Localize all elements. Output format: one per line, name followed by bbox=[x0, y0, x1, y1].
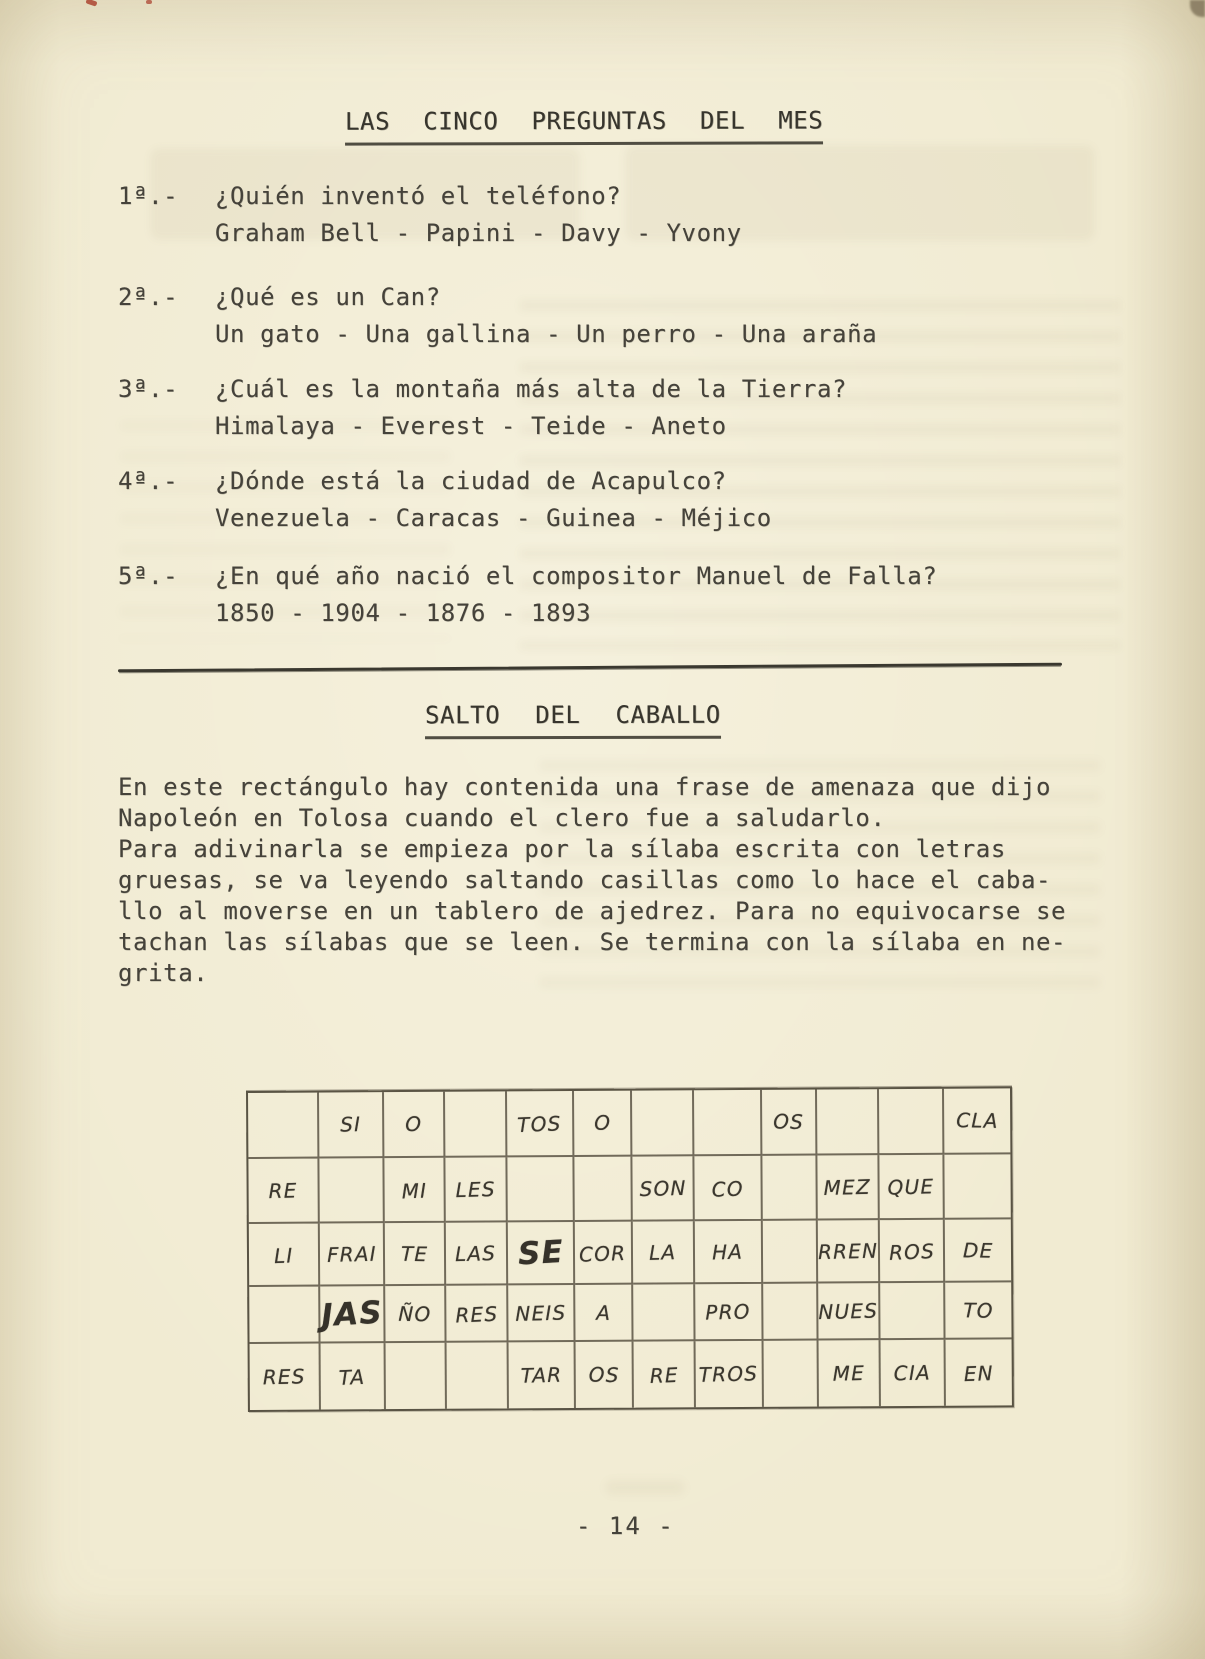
question-item-5: 5ª.- ¿En qué año nació el compositor Man… bbox=[118, 558, 937, 632]
grid-cell: ÑO bbox=[385, 1286, 446, 1343]
grid-cell: ME bbox=[819, 1340, 881, 1406]
red-ink-speck bbox=[85, 0, 97, 7]
grid-cell: TA bbox=[321, 1343, 386, 1409]
grid-cell: O bbox=[384, 1092, 445, 1158]
grid-cell: TROS bbox=[696, 1341, 764, 1407]
grid-cell: RE bbox=[634, 1341, 696, 1407]
question-text: ¿Cuál es la montaña más alta de la Tierr… bbox=[215, 371, 847, 408]
grid-cell bbox=[447, 1342, 509, 1408]
grid-cell bbox=[763, 1221, 818, 1284]
instruction-line: gruesas, se va leyendo saltando casillas… bbox=[118, 865, 1066, 896]
grid-cell bbox=[386, 1343, 447, 1409]
grid-cell bbox=[944, 1154, 1010, 1219]
grid-cell: LES bbox=[445, 1157, 507, 1222]
page-number: - 14 - bbox=[576, 1512, 675, 1540]
question-options: 1850 - 1904 - 1876 - 1893 bbox=[215, 595, 937, 632]
grid-cell: SI bbox=[319, 1092, 384, 1158]
instruction-line: Napoleón en Tolosa cuando el clero fue a… bbox=[118, 803, 1066, 834]
grid-cell: TOS bbox=[507, 1091, 574, 1157]
grid-cell: SE bbox=[508, 1222, 575, 1285]
instruction-line: tachan las sílabas que se leen. Se termi… bbox=[118, 927, 1066, 958]
question-number: 2ª.- bbox=[118, 279, 215, 353]
grid-cell: OS bbox=[762, 1090, 817, 1156]
grid-cell bbox=[445, 1091, 507, 1157]
grid-cell: PRO bbox=[695, 1284, 763, 1341]
grid-cell: ROS bbox=[880, 1220, 945, 1283]
bleed-through-artifact bbox=[605, 1480, 685, 1495]
question-item-4: 4ª.- ¿Dónde está la ciudad de Acapulco? … bbox=[118, 463, 772, 537]
question-options: Venezuela - Caracas - Guinea - Méjico bbox=[215, 500, 772, 537]
grid-cell: LI bbox=[249, 1224, 320, 1287]
question-options: Himalaya - Everest - Teide - Aneto bbox=[215, 408, 847, 445]
grid-cell bbox=[880, 1283, 945, 1340]
grid-cell bbox=[762, 1156, 817, 1221]
grid-cell: LA bbox=[633, 1221, 695, 1284]
grid-cell bbox=[694, 1090, 762, 1156]
question-options: Graham Bell - Papini - Davy - Yvony bbox=[215, 215, 742, 252]
question-options: Un gato - Una gallina - Un perro - Una a… bbox=[215, 316, 877, 353]
grid-cell bbox=[879, 1089, 944, 1155]
scanned-page: LAS CINCO PREGUNTAS DEL MES 1ª.- ¿Quién … bbox=[0, 0, 1205, 1659]
grid-cell: OS bbox=[576, 1342, 634, 1408]
grid-cell bbox=[319, 1158, 384, 1223]
puzzle-instructions: En este rectángulo hay contenida una fra… bbox=[118, 772, 1066, 989]
grid-cell: RE bbox=[248, 1159, 319, 1224]
section-divider-rule bbox=[118, 663, 1062, 673]
instruction-line: En este rectángulo hay contenida una fra… bbox=[118, 772, 1066, 803]
grid-cell bbox=[507, 1157, 574, 1222]
question-text: ¿Qué es un Can? bbox=[215, 279, 877, 316]
grid-cell: CO bbox=[694, 1156, 762, 1221]
instruction-line: Para adivinarla se empieza por la sílaba… bbox=[118, 834, 1066, 865]
grid-cell bbox=[763, 1284, 818, 1341]
grid-cell: O bbox=[574, 1091, 632, 1157]
grid-cell: DE bbox=[945, 1219, 1011, 1282]
grid-cell bbox=[817, 1089, 879, 1155]
question-item-1: 1ª.- ¿Quién inventó el teléfono? Graham … bbox=[118, 178, 742, 252]
grid-cell bbox=[632, 1090, 694, 1156]
grid-cell bbox=[764, 1341, 819, 1407]
grid-cell: NUES bbox=[818, 1283, 880, 1340]
grid-cell: MI bbox=[384, 1158, 445, 1223]
grid-cell bbox=[574, 1157, 632, 1222]
syllable-grid: SIOTOSOOSCLAREMILESSONCOMEZQUELIFRAITELA… bbox=[246, 1086, 1014, 1412]
grid-cell: RREN bbox=[818, 1220, 880, 1283]
grid-cell: CIA bbox=[881, 1340, 946, 1406]
grid-cell: A bbox=[575, 1285, 633, 1342]
instruction-line: grita. bbox=[118, 958, 1066, 989]
grid-cell: HA bbox=[695, 1221, 763, 1284]
puzzle-title: SALTO DEL CABALLO bbox=[425, 700, 721, 740]
grid-cell: NEIS bbox=[508, 1285, 575, 1342]
grid-cell bbox=[633, 1284, 695, 1341]
corner-stain bbox=[1190, 0, 1205, 17]
question-number: 5ª.- bbox=[118, 558, 215, 632]
question-number: 1ª.- bbox=[118, 178, 215, 252]
grid-cell: RES bbox=[446, 1285, 508, 1342]
grid-cell: TO bbox=[945, 1282, 1011, 1339]
syllable-grid-wrapper: SIOTOSOOSCLAREMILESSONCOMEZQUELIFRAITELA… bbox=[246, 1086, 1014, 1412]
grid-cell: CLA bbox=[944, 1088, 1010, 1154]
question-item-2: 2ª.- ¿Qué es un Can? Un gato - Una galli… bbox=[118, 279, 877, 353]
grid-cell: TE bbox=[385, 1223, 446, 1286]
grid-cell: FRAI bbox=[320, 1223, 385, 1286]
grid-cell: COR bbox=[575, 1222, 633, 1285]
question-text: ¿Quién inventó el teléfono? bbox=[215, 178, 742, 215]
question-text: ¿En qué año nació el compositor Manuel d… bbox=[215, 558, 937, 595]
grid-cell: MEZ bbox=[817, 1155, 879, 1220]
grid-cell: QUE bbox=[879, 1155, 944, 1220]
grid-cell bbox=[249, 1287, 320, 1344]
question-item-3: 3ª.- ¿Cuál es la montaña más alta de la … bbox=[118, 371, 847, 445]
grid-cell: TAR bbox=[509, 1342, 576, 1408]
question-number: 3ª.- bbox=[118, 371, 215, 445]
quiz-title: LAS CINCO PREGUNTAS DEL MES bbox=[345, 105, 823, 145]
question-text: ¿Dónde está la ciudad de Acapulco? bbox=[215, 463, 772, 500]
grid-cell: SON bbox=[632, 1156, 694, 1221]
grid-cell bbox=[248, 1093, 319, 1159]
instruction-line: llo al moverse en un tablero de ajedrez.… bbox=[118, 896, 1066, 927]
grid-cell: LAS bbox=[446, 1222, 508, 1285]
question-number: 4ª.- bbox=[118, 463, 215, 537]
grid-cell: EN bbox=[946, 1339, 1012, 1405]
grid-cell: JAS bbox=[320, 1286, 385, 1343]
grid-cell: RES bbox=[250, 1344, 321, 1410]
red-ink-speck bbox=[146, 0, 152, 4]
